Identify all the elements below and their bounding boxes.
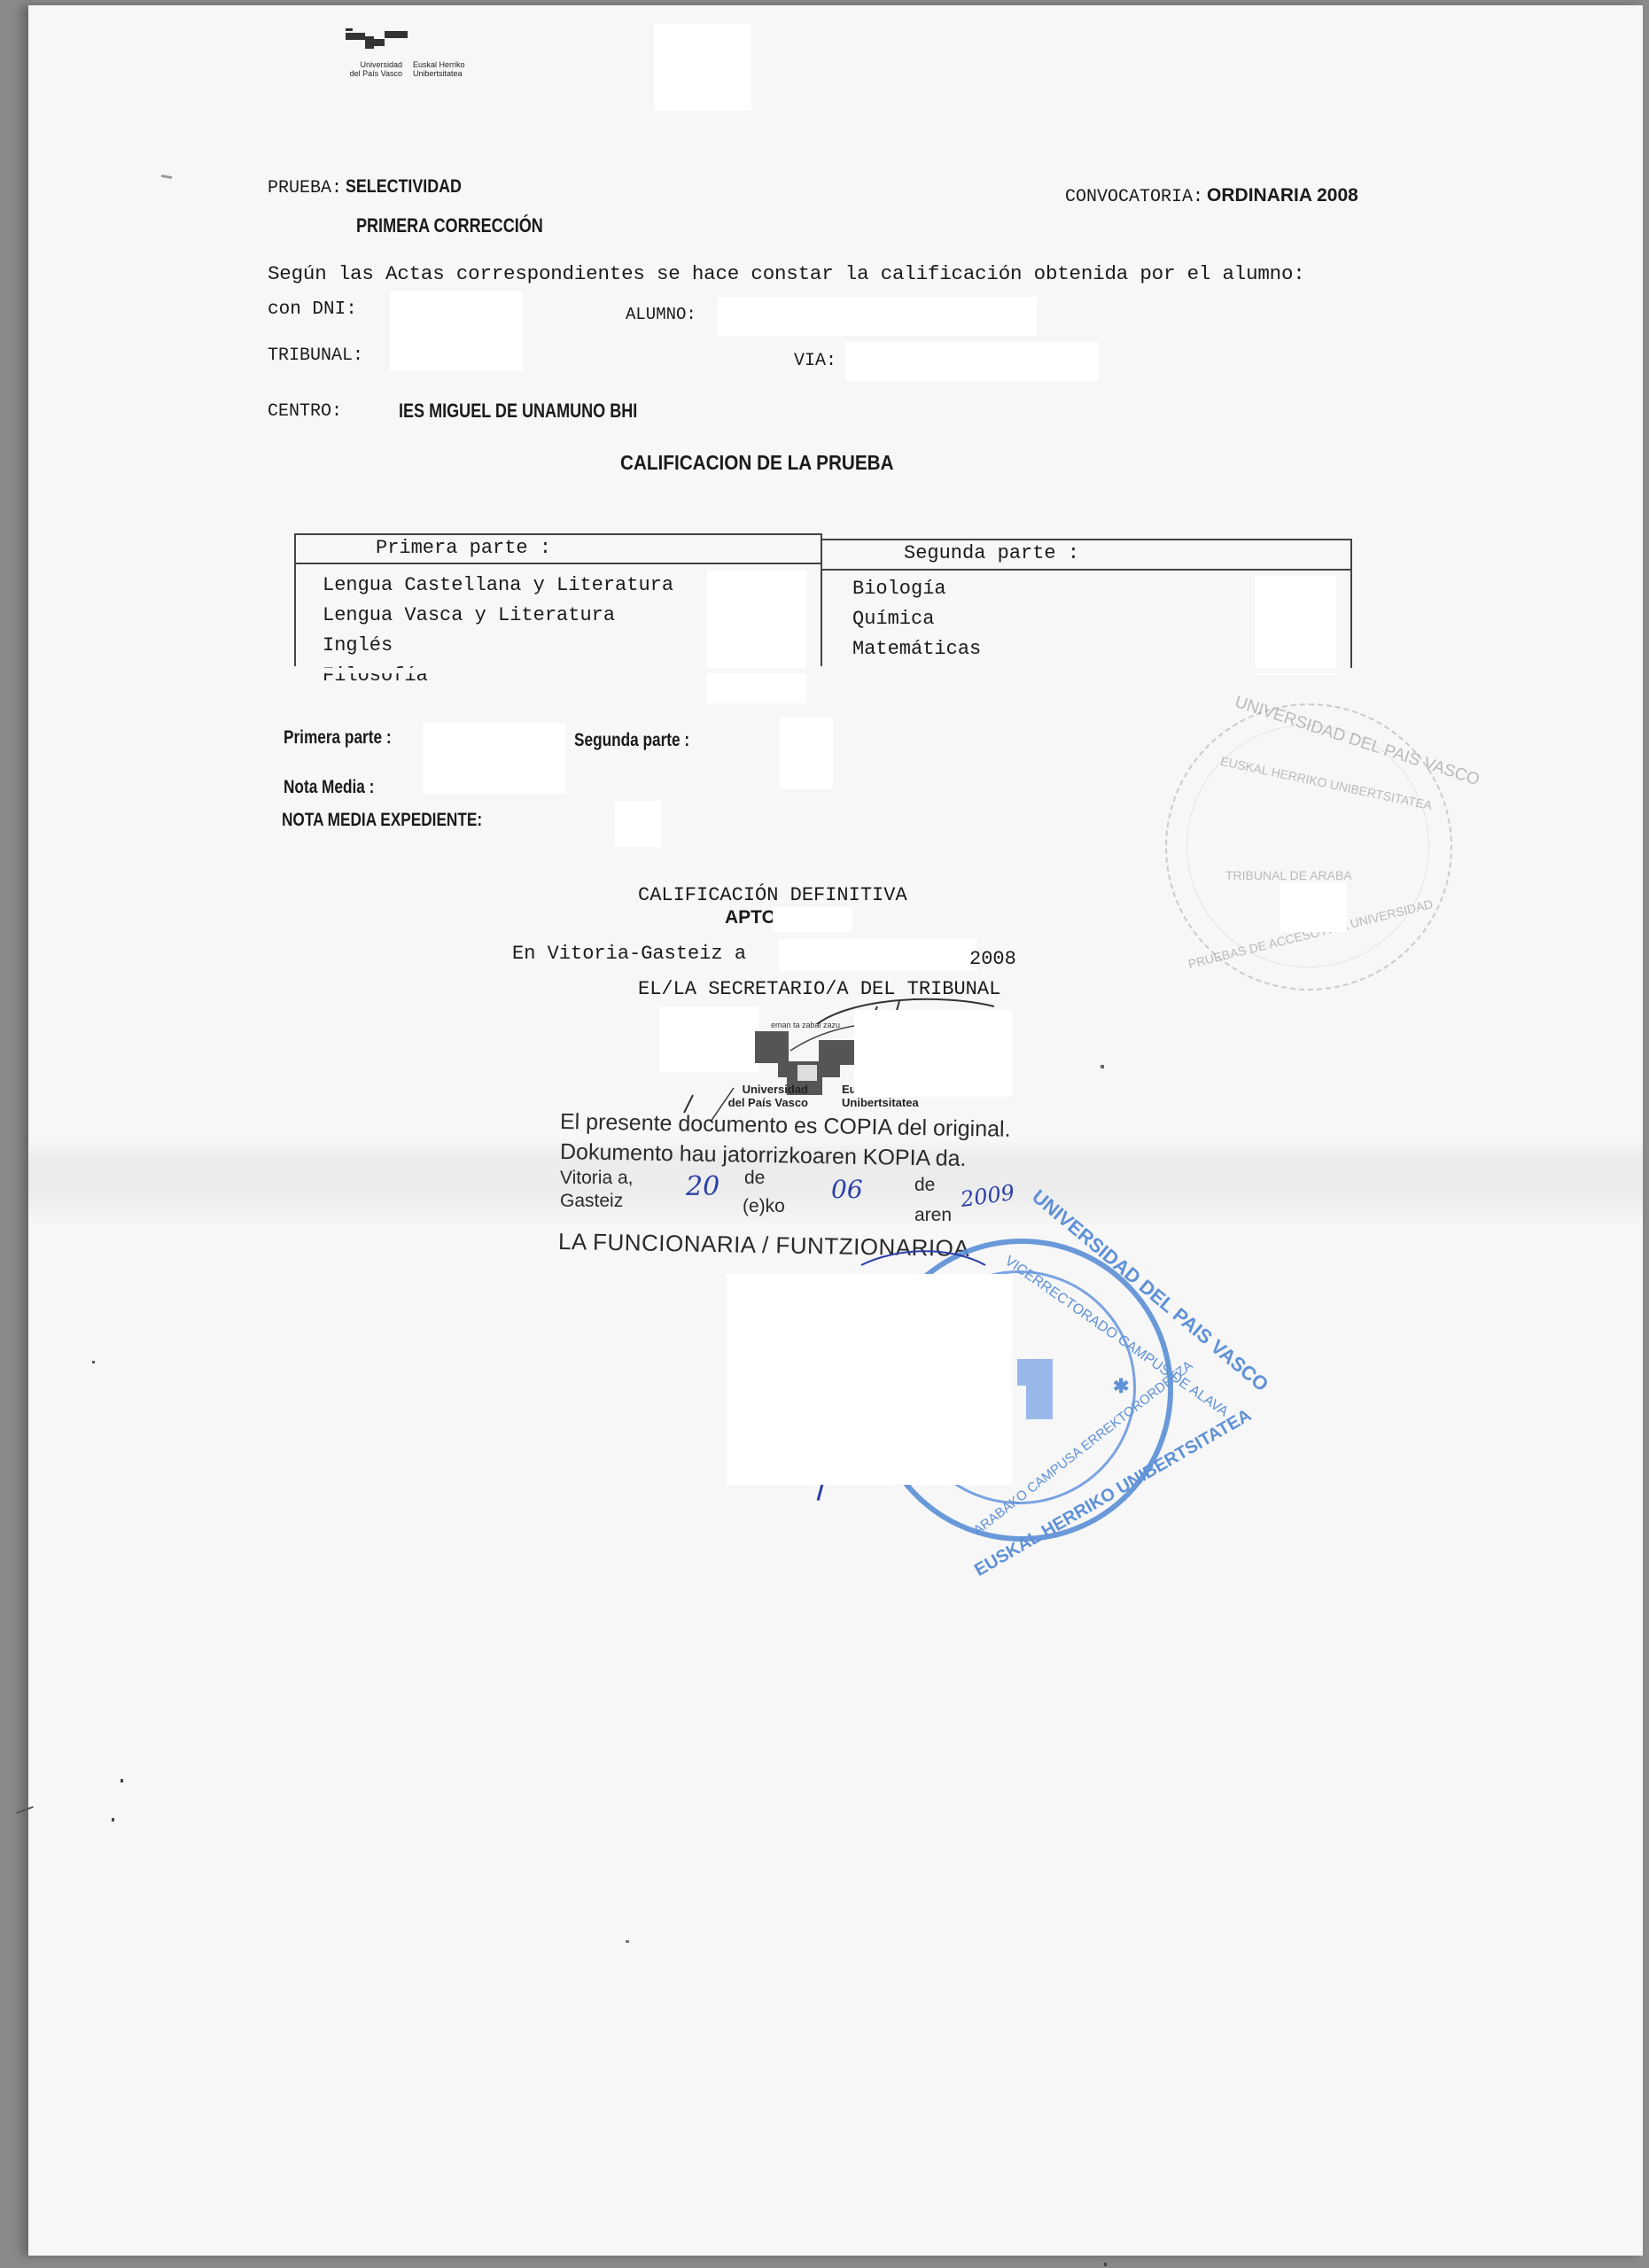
copy-cert-month: 06	[831, 1175, 863, 1204]
tribunal-label: TRIBUNAL:	[268, 346, 363, 366]
logo-left-line1: Universidad	[303, 60, 402, 69]
tribunal-value-redacted	[390, 333, 523, 370]
alumno-label: ALUMNO:	[626, 305, 696, 324]
copy-cert-aren: aren	[914, 1205, 952, 1226]
subject-lengua-vasca: Lengua Vasca y Literatura	[323, 604, 615, 626]
final-grade-redacted	[773, 907, 852, 932]
scan-mark	[1104, 2263, 1107, 2266]
scan-mark	[92, 1361, 95, 1363]
scan-mark	[626, 1940, 629, 1943]
scan-mark	[1101, 1065, 1104, 1068]
copy-cert-eko: (e)ko	[743, 1196, 785, 1217]
correction-label: PRIMERA CORRECCIÓN	[356, 214, 543, 237]
place-date-year: 2008	[969, 948, 1016, 970]
primera-parte-value-redacted	[424, 723, 565, 794]
tribunal-stamp: UNIVERSIDAD DEL PAIS VASCO EUSKAL HERRIK…	[1165, 703, 1452, 990]
logo-right-line2: Unibertsitatea	[413, 69, 465, 78]
blue-stamp-logo-icon	[1008, 1359, 1062, 1421]
signature-redacted-right	[854, 1010, 1012, 1097]
place-date-prefix: En Vitoria-Gasteiz a	[512, 943, 746, 965]
col1-header: Primera parte :	[376, 537, 551, 559]
col2-header: Segunda parte :	[904, 542, 1079, 564]
convocatoria-label: CONVOCATORIA:	[1065, 187, 1203, 207]
final-grade-title: CALIFICACIÓN DEFINITIVA	[638, 884, 907, 906]
scan-mark	[161, 175, 172, 179]
logo-right-line1: Euskal Herriko	[413, 60, 465, 69]
subject-lengua-castellana: Lengua Castellana y Literatura	[323, 574, 673, 596]
scan-mark	[112, 1818, 114, 1821]
logo-left-line2: del País Vasco	[303, 69, 402, 78]
document-page: Universidad del País Vasco Euskal Herrik…	[28, 5, 1643, 2256]
section-title: CALIFICACION DE LA PRUEBA	[620, 451, 894, 475]
official-signature-redacted	[727, 1274, 1012, 1485]
prueba-value: SELECTIVIDAD	[346, 176, 462, 198]
col2-grades-redacted	[1255, 576, 1336, 675]
via-label: VIA:	[794, 351, 836, 371]
via-value-redacted	[845, 342, 1099, 381]
scan-mark	[121, 1779, 123, 1783]
expediente-value-redacted	[615, 801, 661, 847]
convocatoria-value: ORDINARIA 2008	[1207, 185, 1358, 206]
gray-stamp-redacted	[1280, 882, 1347, 932]
intro-text: Según las Actas correspondientes se hace…	[268, 262, 1305, 285]
copy-cert-day: 20	[686, 1171, 719, 1202]
nota-media-label: Nota Media :	[284, 777, 374, 798]
centro-value: IES MIGUEL DE UNAMUNO BHI	[399, 400, 637, 423]
nota-media-expediente-label: NOTA MEDIA EXPEDIENTE:	[282, 810, 482, 831]
gray-stamp-center: TRIBUNAL DE ARABA	[1225, 868, 1352, 882]
subject-matematicas: Matemáticas	[852, 638, 981, 660]
copy-cert-vitoria: Vitoria a,	[560, 1168, 634, 1189]
subject-quimica: Química	[852, 608, 934, 630]
stamp-left-line1: Universidad	[702, 1083, 808, 1096]
stamp-right-line2: Unibertsitatea	[842, 1096, 922, 1109]
date-redacted	[778, 939, 976, 971]
copy-cert-de1: de	[744, 1168, 765, 1189]
copy-cert-year: 2009	[959, 1180, 1015, 1212]
scan-mark	[16, 1806, 33, 1814]
segunda-parte-value-redacted	[780, 718, 833, 788]
subject-biologia: Biología	[852, 578, 946, 600]
copy-cert-de2: de	[914, 1175, 935, 1196]
grades-table: Primera parte : Segunda parte : Lengua C…	[294, 533, 1352, 666]
subject-ingles: Inglés	[323, 634, 393, 656]
convocatoria-field: CONVOCATORIA: ORDINARIA 2008	[1065, 185, 1358, 207]
signature-redacted-left	[659, 1006, 758, 1072]
stamp-motto: eman ta zabal zazu	[771, 1021, 840, 1029]
dni-label: con DNI:	[268, 299, 357, 320]
alumno-value-redacted	[718, 297, 1037, 336]
col1-grades-redacted	[707, 571, 806, 703]
primera-parte-label: Primera parte :	[284, 727, 392, 749]
segunda-parte-label: Segunda parte :	[574, 730, 689, 751]
final-grade-result: APTO	[725, 907, 776, 928]
centro-label: CENTRO:	[268, 401, 342, 422]
star-icon: ✱	[1113, 1375, 1129, 1398]
redacted-box	[654, 24, 751, 111]
prueba-field: PRUEBA: SELECTIVIDAD	[268, 176, 482, 198]
prueba-label: PRUEBA:	[268, 178, 342, 198]
copy-cert-gasteiz: Gasteiz	[560, 1191, 623, 1212]
stamp-left-line2: del País Vasco	[702, 1096, 808, 1109]
university-logo-icon	[346, 28, 409, 50]
